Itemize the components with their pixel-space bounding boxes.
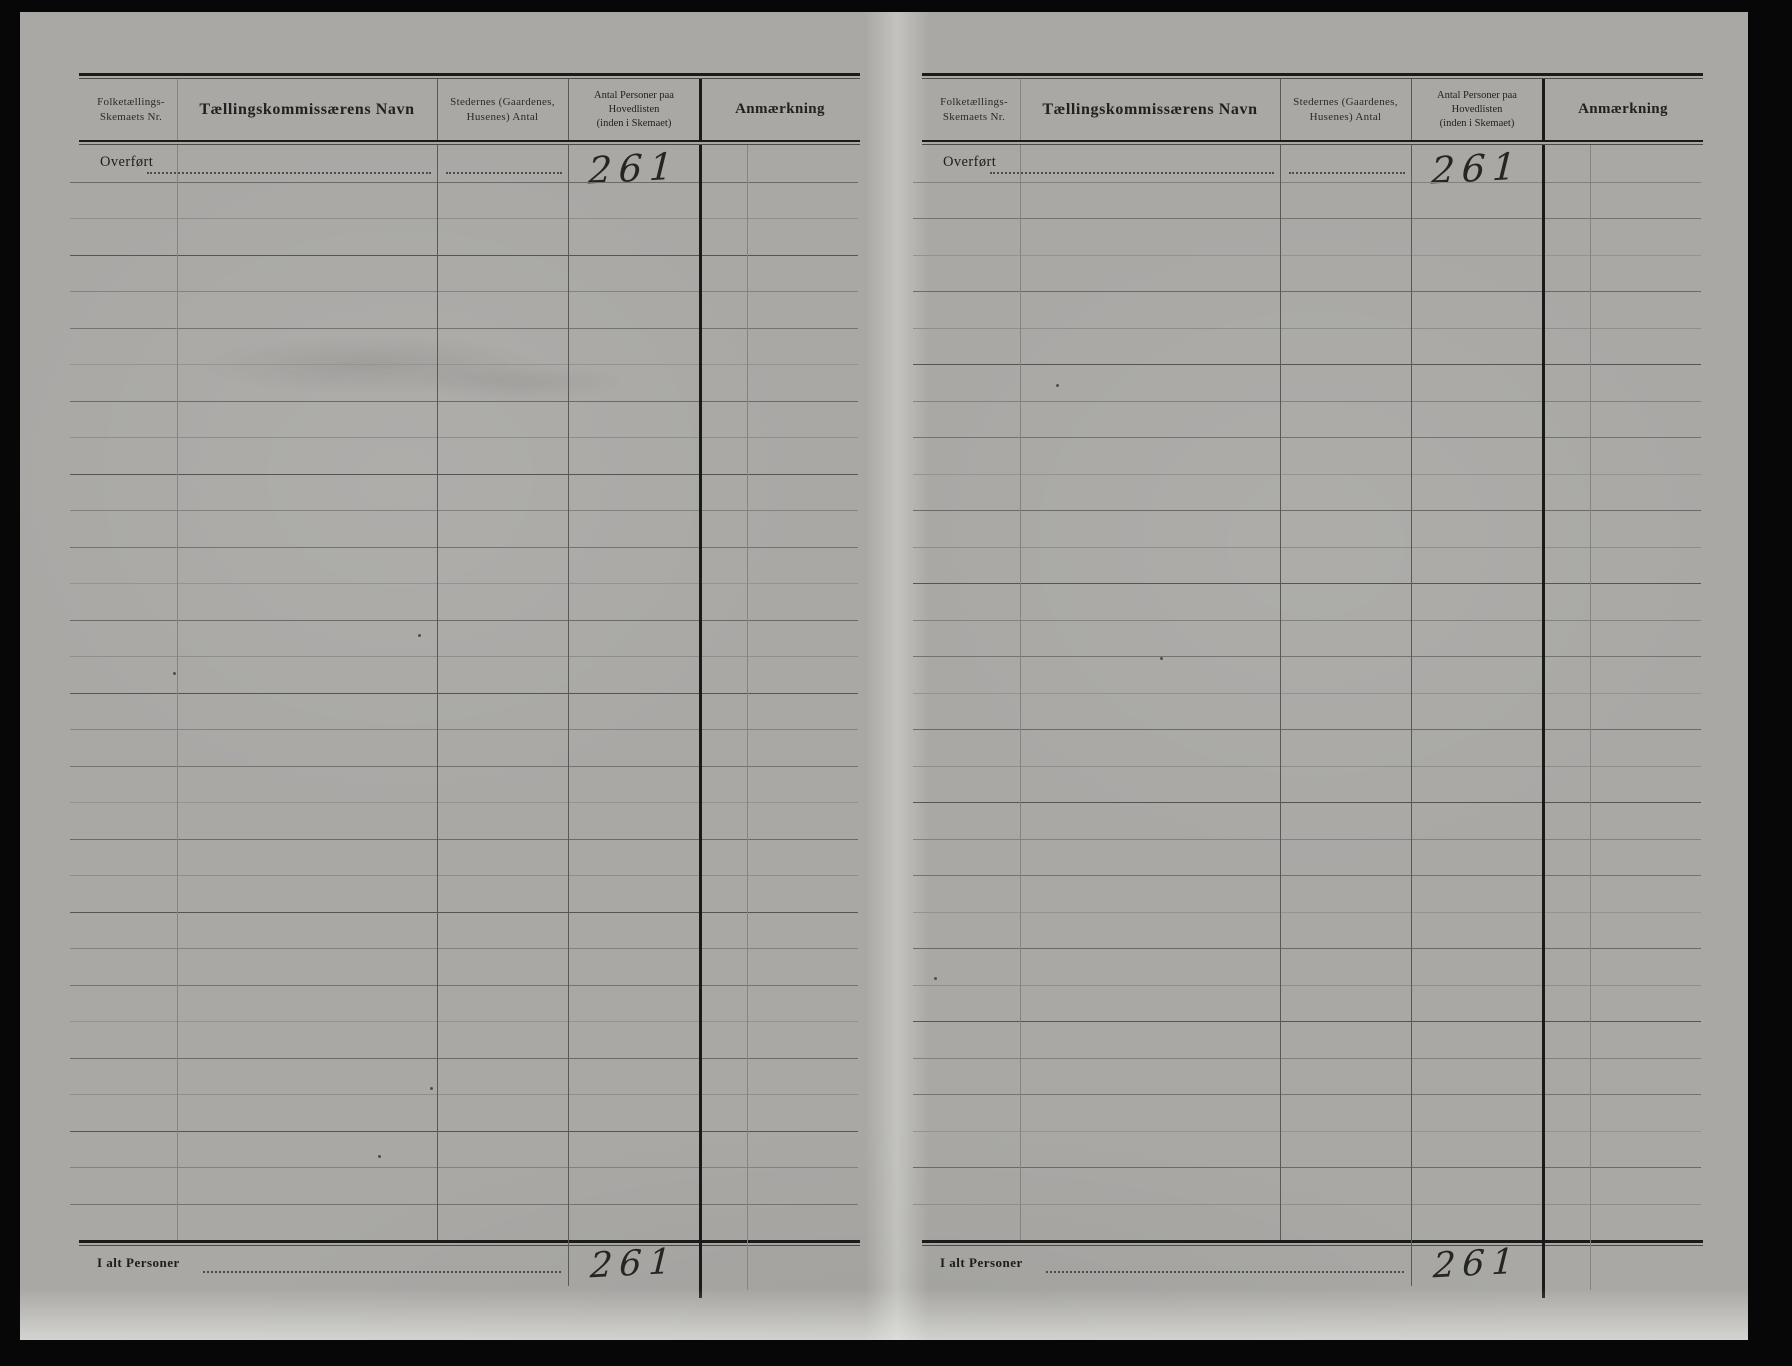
column-header-line: Antal Personer paa [1437,89,1517,103]
ink-speck [430,1087,433,1090]
dotted-leader [1046,1268,1404,1273]
row-line [70,437,858,438]
row-line [913,474,1701,475]
column-header-steder: Stedernes (Gaardenes, Husenes) Antal [1280,79,1411,140]
column-header-line: Anmærkning [1578,101,1668,118]
column-header-line: (inden i Skemaet) [597,117,672,131]
ink-speck [1160,657,1163,660]
table-top-rule [79,73,860,76]
total-value-handwritten: 261 [567,1240,701,1287]
column-header-anmaerkning: Anmærkning [700,79,860,140]
row-line [913,1204,1701,1205]
row-line [913,583,1701,584]
column-header-steder: Stedernes (Gaardenes, Husenes) Antal [437,79,568,140]
row-line [70,1204,858,1205]
table-header: Folketællings- Skemaets Nr. Tællingskomm… [85,79,860,140]
row-line [913,620,1701,621]
header-column-divider [1411,79,1412,140]
row-line [913,291,1701,292]
row-line [913,364,1701,365]
column-header-line: Tællingskommissærens Navn [1042,101,1257,119]
row-line [70,583,858,584]
body-column-divider [699,145,702,1240]
row-line [913,948,1701,949]
row-line [70,802,858,803]
row-line [70,1058,858,1059]
header-bottom-rule [79,140,860,142]
ink-speck [934,977,937,980]
row-line [70,729,858,730]
column-header-antal: Antal Personer paa Hovedlisten (inden i … [1411,79,1543,140]
body-column-divider [568,145,569,1240]
body-column-divider [177,145,178,1240]
body-column-divider [1280,145,1281,1240]
dotted-leader [1289,169,1405,174]
row-line [913,912,1701,913]
ink-speck [173,672,176,675]
row-line [70,291,858,292]
body-column-divider [437,145,438,1240]
column-header-line: Hovedlisten [609,103,660,117]
column-header-navn: Tællingskommissærens Navn [1020,79,1280,140]
body-column-divider [747,145,748,1240]
header-bottom-rule [922,140,1703,142]
footer-column-divider [568,1240,569,1286]
row-line [70,1167,858,1168]
dotted-leader [147,169,431,174]
row-line [70,620,858,621]
body-column-divider [1590,145,1591,1240]
row-line [913,437,1701,438]
row-line [70,510,858,511]
table-body: Overført 261 [928,145,1703,1240]
body-column-divider [1411,145,1412,1240]
row-line [913,1058,1701,1059]
ink-speck [378,1155,381,1158]
column-header-line: Tællingskommissærens Navn [199,101,414,119]
table-header: Folketællings- Skemaets Nr. Tællingskomm… [928,79,1703,140]
ink-bleed-smudge [200,337,540,393]
footer-column-divider [1411,1240,1412,1286]
column-header-skema-nr: Folketællings- Skemaets Nr. [85,79,177,140]
footer-column-divider [747,1240,748,1290]
header-column-divider [177,79,178,140]
row-line [913,547,1701,548]
dotted-leader [203,1268,561,1273]
row-line [70,875,858,876]
table-body: Overført 261 [85,145,860,1240]
ink-speck [1056,384,1059,387]
row-line [70,364,858,365]
row-line [913,1021,1701,1022]
row-line [70,328,858,329]
header-column-divider [1020,79,1021,140]
row-line [70,474,858,475]
footer-column-divider [1590,1240,1591,1290]
row-line [913,839,1701,840]
row-line [70,1094,858,1095]
column-header-line: Husenes) Antal [467,110,539,125]
dotted-leader [990,169,1274,174]
column-header-navn: Tællingskommissærens Navn [177,79,437,140]
total-label: I alt Personer [940,1255,1023,1271]
column-header-line: Stedernes (Gaardenes, [1293,95,1398,110]
ledger-page-left: Folketællings- Skemaets Nr. Tællingskomm… [85,73,860,1308]
page-fold-shadow [865,12,929,1340]
table-top-rule [922,73,1703,76]
total-value-handwritten: 261 [1410,1240,1544,1287]
paper-bottom-edge-highlight [20,1288,1748,1340]
row-line [70,1131,858,1132]
body-column-divider [1542,145,1545,1240]
header-column-divider [437,79,438,140]
total-label: I alt Personer [97,1255,180,1271]
row-line [70,839,858,840]
column-header-line: Folketællings- [97,95,165,110]
row-line [913,218,1701,219]
ink-bleed-smudge [415,365,625,399]
row-line [70,1021,858,1022]
header-column-divider-heavy [699,79,702,140]
header-column-divider [1280,79,1281,140]
scanned-census-ledger: { "columns": [ { "line1": "Folketællings… [0,0,1792,1366]
ledger-page-right: Folketællings- Skemaets Nr. Tællingskomm… [928,73,1703,1308]
row-line [70,218,858,219]
column-header-line: (inden i Skemaet) [1440,117,1515,131]
row-line [913,255,1701,256]
column-header-line: Skemaets Nr. [100,110,162,125]
carried-over-label: Overført [100,154,153,171]
body-column-divider [1020,145,1021,1240]
column-header-line: Skemaets Nr. [943,110,1005,125]
row-line [913,1094,1701,1095]
row-line [70,401,858,402]
carried-over-label: Overført [943,154,996,171]
row-line [70,985,858,986]
row-line [70,693,858,694]
column-header-line: Anmærkning [735,101,825,118]
row-line [913,875,1701,876]
row-line [70,656,858,657]
row-line [70,948,858,949]
header-column-divider [568,79,569,140]
row-line [913,693,1701,694]
row-line [70,255,858,256]
column-header-anmaerkning: Anmærkning [1543,79,1703,140]
row-line [913,985,1701,986]
row-line [913,1167,1701,1168]
carried-over-value-handwritten: 261 [1410,143,1544,193]
ink-speck [418,634,421,637]
column-header-line: Hovedlisten [1452,103,1503,117]
header-column-divider-heavy [1542,79,1545,140]
row-line [913,182,1701,183]
row-line [70,766,858,767]
column-header-line: Husenes) Antal [1310,110,1382,125]
row-line [913,802,1701,803]
row-line [913,510,1701,511]
row-line [913,328,1701,329]
column-header-antal: Antal Personer paa Hovedlisten (inden i … [568,79,700,140]
row-line [913,1131,1701,1132]
row-line [70,182,858,183]
column-header-skema-nr: Folketællings- Skemaets Nr. [928,79,1020,140]
paper-background: Folketællings- Skemaets Nr. Tællingskomm… [20,12,1748,1340]
row-line [913,401,1701,402]
carried-over-value-handwritten: 261 [567,143,701,193]
column-header-line: Stedernes (Gaardenes, [450,95,555,110]
row-line [70,912,858,913]
row-line [913,656,1701,657]
row-line [70,547,858,548]
dotted-leader [446,169,562,174]
column-header-line: Antal Personer paa [594,89,674,103]
row-line [913,729,1701,730]
column-header-line: Folketællings- [940,95,1008,110]
row-line [913,766,1701,767]
